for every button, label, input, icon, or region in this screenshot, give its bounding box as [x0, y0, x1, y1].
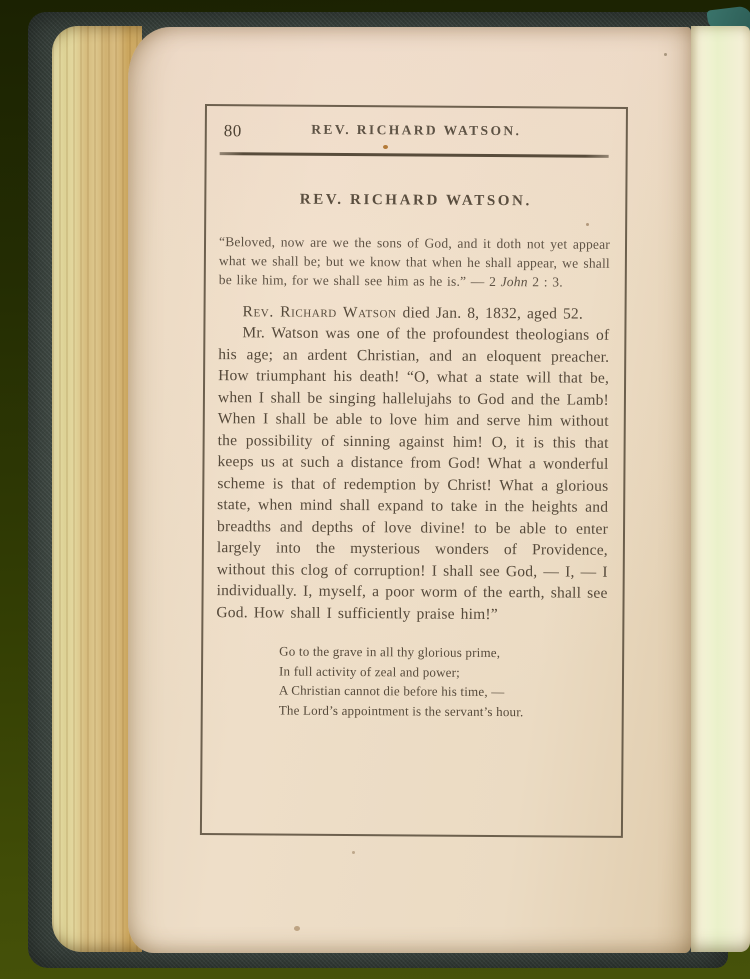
chapter-title: REV. RICHARD WATSON. — [206, 191, 625, 211]
book-page: 80 REV. RICHARD WATSON. REV. RICHARD WAT… — [128, 27, 691, 953]
closing-poem: Go to the grave in all thy glorious prim… — [279, 642, 608, 722]
epigraph: “Beloved, now are we the sons of God, an… — [219, 232, 610, 292]
poem-line: A Christian cannot die before his time, … — [279, 681, 607, 703]
obituary-rest: died Jan. 8, 1832, aged 52. — [397, 304, 583, 322]
poem-line: In full activity of zeal and power; — [279, 661, 607, 683]
epigraph-citation-book: John — [501, 274, 528, 289]
stain-speck — [664, 53, 667, 56]
page-number: 80 — [224, 121, 242, 141]
obituary-line: Rev. Richard Watson died Jan. 8, 1832, a… — [218, 301, 609, 325]
person-name: Rev. Richard Watson — [242, 303, 396, 321]
facing-page-edge — [691, 26, 750, 952]
text-border-frame: 80 REV. RICHARD WATSON. REV. RICHARD WAT… — [200, 104, 628, 838]
header-rule — [220, 152, 609, 157]
running-head: REV. RICHARD WATSON. — [223, 121, 610, 140]
book-photograph: 80 REV. RICHARD WATSON. REV. RICHARD WAT… — [0, 0, 750, 979]
stain-speck — [352, 851, 355, 854]
poem-line: The Lord’s appointment is the servant’s … — [279, 700, 607, 722]
body-paragraph: Mr. Watson was one of the profoundest th… — [216, 322, 609, 626]
epigraph-citation-verse: 2 : 3. — [528, 274, 563, 289]
poem-line: Go to the grave in all thy glorious prim… — [279, 642, 607, 664]
page-header: 80 REV. RICHARD WATSON. — [223, 121, 610, 142]
stain-speck — [294, 926, 300, 931]
